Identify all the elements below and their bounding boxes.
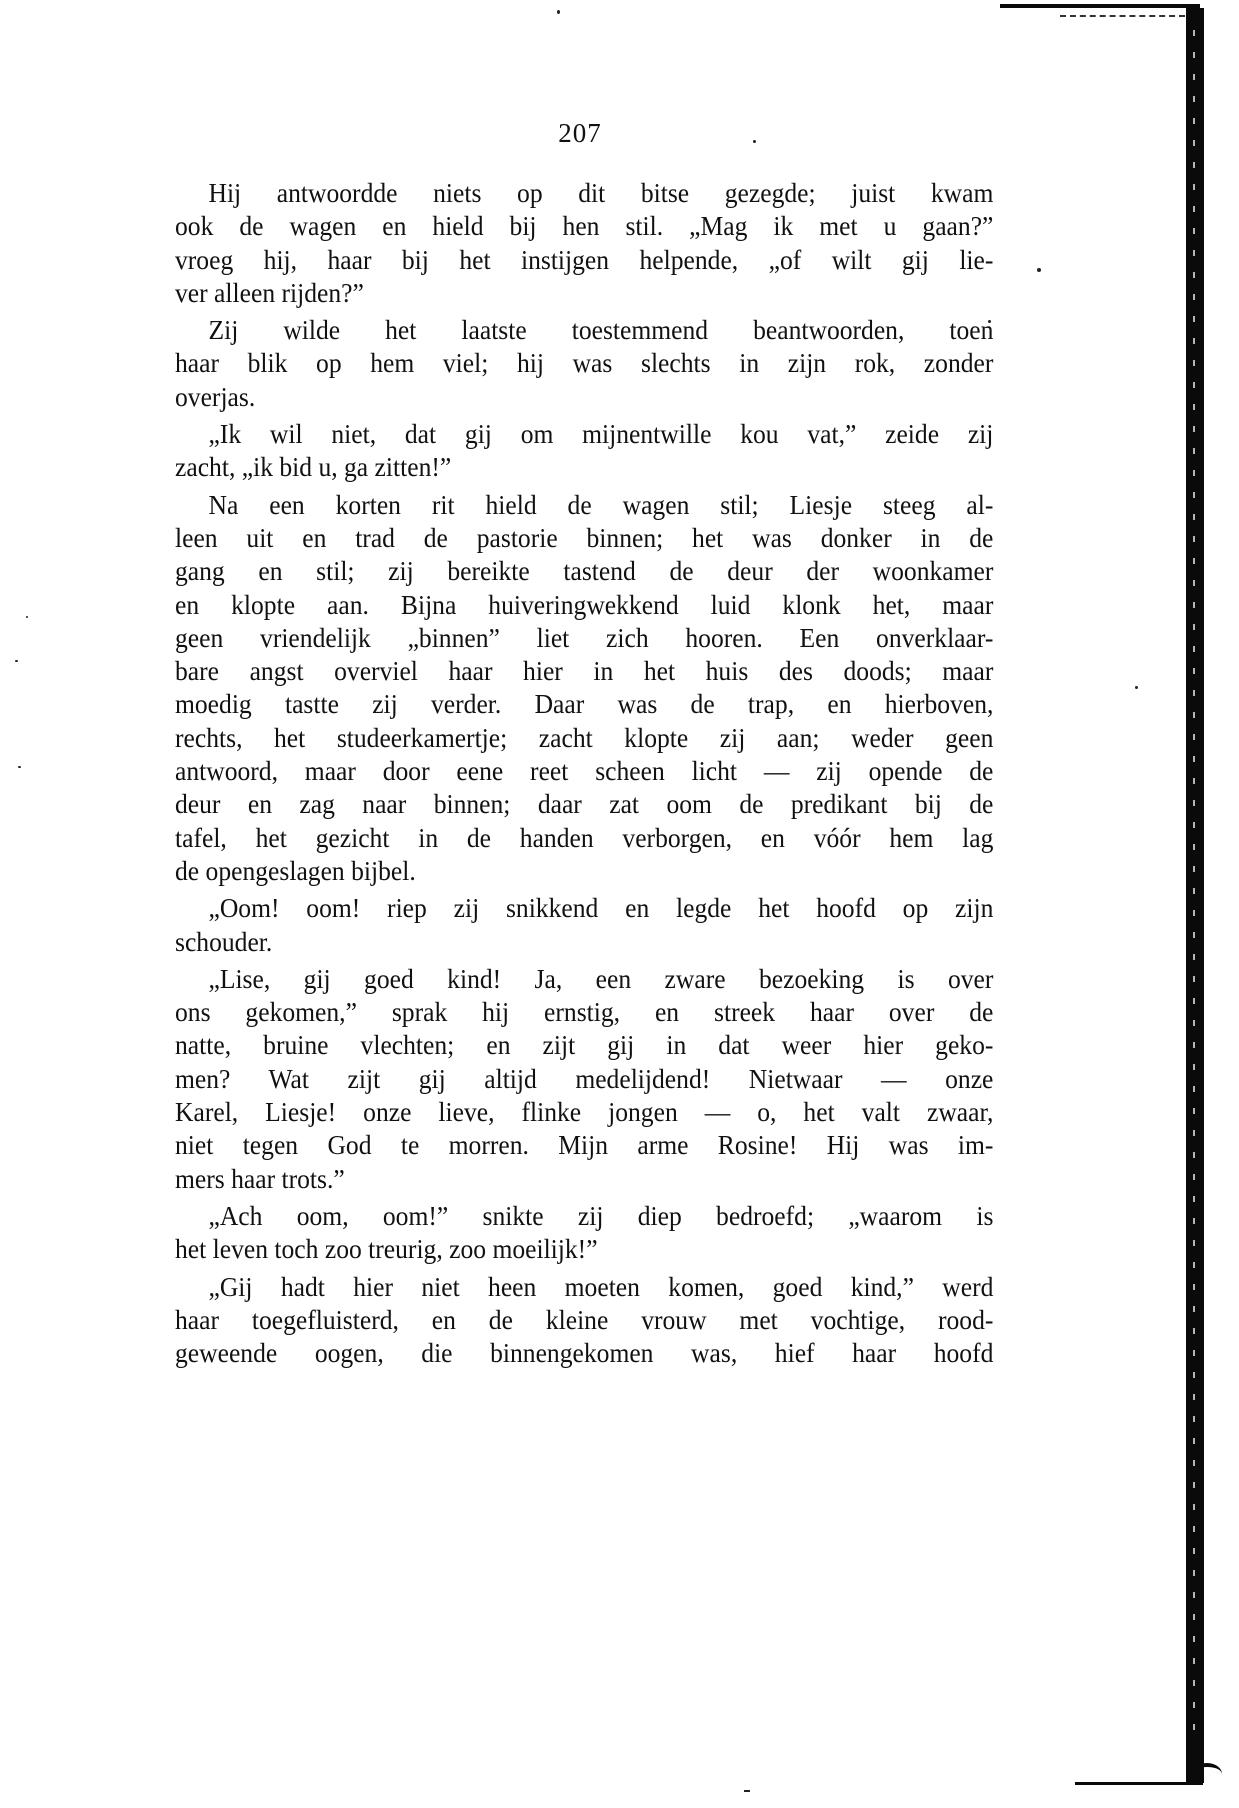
text-line: het leven toch zoo treurig, zoo moeilijk… bbox=[175, 1232, 993, 1265]
book-page: 207 Hij antwoordde niets op dit bitse ge… bbox=[0, 0, 1239, 1808]
text-line: natte, bruine vlechten; en zijt gij in d… bbox=[175, 1028, 993, 1061]
text-line: leen uit en trad de pastorie binnen; het… bbox=[175, 521, 993, 554]
text-line: haar toegefluisterd, en de kleine vrouw … bbox=[175, 1303, 993, 1336]
text-line: Hij antwoordde niets op dit bitse gezegd… bbox=[175, 176, 993, 209]
text-line: ons gekomen,” sprak hij ernstig, en stre… bbox=[175, 995, 993, 1028]
text-line: antwoord, maar door eene reet scheen lic… bbox=[175, 754, 993, 787]
text-line: vroeg hij, haar bij het instijgen helpen… bbox=[175, 243, 993, 276]
text-line: overjas. bbox=[175, 380, 993, 413]
text-line: zacht, „ik bid u, ga zitten!” bbox=[175, 450, 993, 483]
text-line: tafel, het gezicht in de handen verborge… bbox=[175, 821, 993, 854]
text-line: niet tegen God te morren. Mijn arme Rosi… bbox=[175, 1128, 993, 1161]
scan-speck bbox=[18, 766, 21, 768]
scan-speck bbox=[1135, 686, 1138, 689]
body-text: Hij antwoordde niets op dit bitse gezegd… bbox=[175, 176, 936, 1369]
text-line: Na een korten rit hield de wagen stil; L… bbox=[175, 488, 993, 521]
text-line: ver alleen rijden?” bbox=[175, 276, 993, 309]
page-edge-bottom-rule bbox=[1075, 1782, 1203, 1785]
page-edge-dashed-line bbox=[1060, 15, 1185, 17]
text-line: Karel, Liesje! onze lieve, flinke jongen… bbox=[175, 1095, 993, 1128]
binding-edge-texture bbox=[1193, 30, 1195, 1730]
text-line: bare angst overviel haar hier in het hui… bbox=[175, 654, 993, 687]
page-number: 207 bbox=[0, 118, 1160, 149]
text-line: „Lise, gij goed kind! Ja, een zware bezo… bbox=[175, 962, 993, 995]
text-line: geen vriendelijk „binnen” liet zich hoor… bbox=[175, 621, 993, 654]
text-line: moedig tastte zij verder. Daar was de tr… bbox=[175, 687, 993, 720]
text-line: „Gij hadt hier niet heen moeten komen, g… bbox=[175, 1270, 993, 1303]
text-line: „Oom! oom! riep zij snikkend en legde he… bbox=[175, 891, 993, 924]
text-line: rechts, het studeerkamertje; zacht klopt… bbox=[175, 721, 993, 754]
text-line: mers haar trots.” bbox=[175, 1162, 993, 1195]
text-line: Zij wilde het laatste toestemmend beantw… bbox=[175, 313, 993, 346]
scan-speck bbox=[557, 10, 560, 14]
text-line: „Ik wil niet, dat gij om mijnentwille ko… bbox=[175, 417, 993, 450]
text-line: gang en stil; zij bereikte tastend de de… bbox=[175, 554, 993, 587]
text-line: de opengeslagen bijbel. bbox=[175, 854, 993, 887]
text-line: geweende oogen, die binnengekomen was, h… bbox=[175, 1336, 993, 1369]
scan-speck bbox=[1037, 268, 1041, 272]
scan-speck bbox=[15, 660, 18, 662]
text-line: deur en zag naar binnen; daar zat oom de… bbox=[175, 787, 993, 820]
text-line: ook de wagen en hield bij hen stil. „Mag… bbox=[175, 209, 993, 242]
book-binding-edge bbox=[1186, 8, 1204, 1783]
page-edge-top-rule bbox=[1000, 4, 1200, 8]
text-line: en klopte aan. Bijna huiveringwekkend lu… bbox=[175, 588, 993, 621]
text-line: schouder. bbox=[175, 925, 993, 958]
scan-speck bbox=[26, 616, 28, 618]
text-line: haar blik op hem viel; hij was slechts i… bbox=[175, 346, 993, 379]
text-line: men? Wat zijt gij altijd medelijdend! Ni… bbox=[175, 1062, 993, 1095]
text-line: „Ach oom, oom!” snikte zij diep bedroefd… bbox=[175, 1199, 993, 1232]
scan-speck bbox=[744, 1790, 750, 1792]
